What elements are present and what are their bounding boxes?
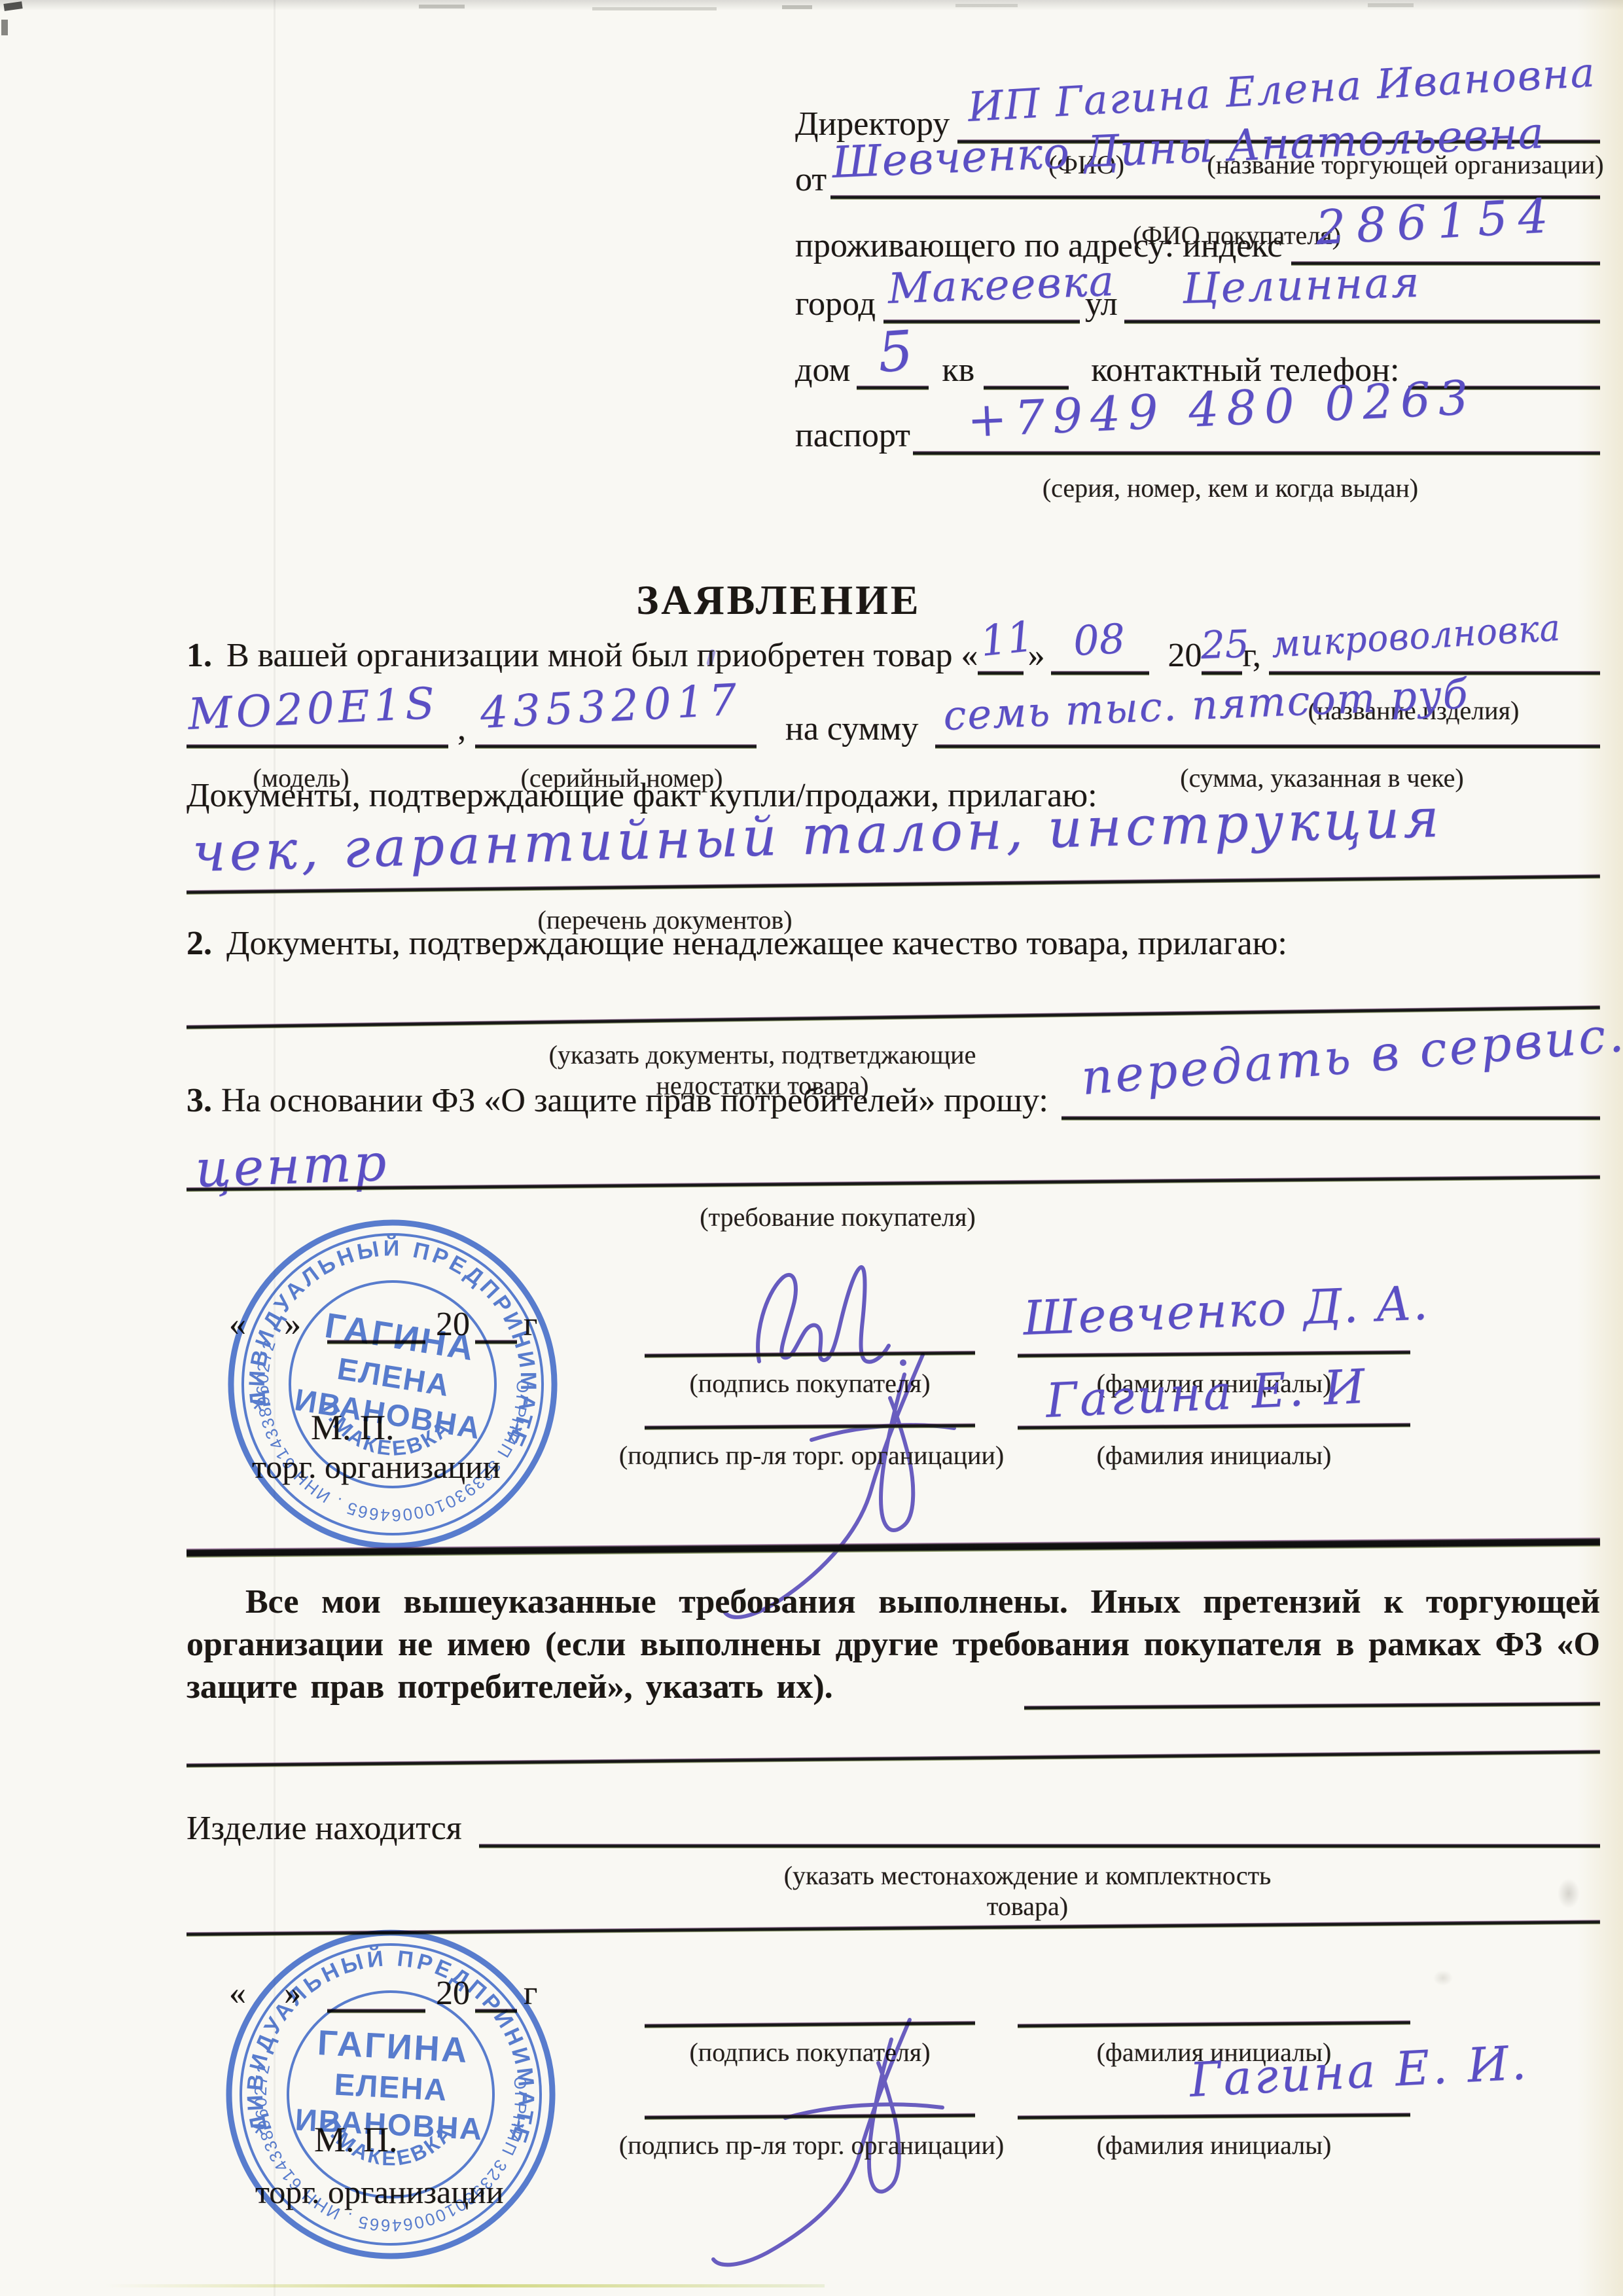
location-field <box>479 1812 1600 1839</box>
confirmation-blank-line <box>187 1749 1600 1768</box>
model-handwriting: MO20E1S <box>187 678 440 740</box>
section1-intro: В вашей организации мной был приобретен … <box>226 636 978 675</box>
scan-top-dash1 <box>419 5 465 9</box>
month-handwriting: 08 <box>1073 615 1127 665</box>
serial-handwriting: 43532017 <box>479 674 743 738</box>
scan-corner-mark <box>3 1 22 11</box>
city-field: Макеевка <box>883 287 1080 315</box>
month-field: 08 <box>1051 639 1149 666</box>
section3-number: 3. <box>187 1081 212 1120</box>
from-label: от <box>795 160 827 199</box>
location-row: Изделие находится <box>187 1809 1600 1848</box>
address-row: проживающего по адресу: индекс 286154 <box>795 226 1600 265</box>
city-value-handwriting: Макеевка <box>887 257 1116 314</box>
scan-top-dash5 <box>1368 3 1414 7</box>
buyer-name-line-1 <box>1018 1350 1410 1358</box>
house-label: дом <box>795 351 850 389</box>
request-line <box>187 1175 1600 1192</box>
scan-right-edge-tint <box>1577 0 1623 2296</box>
request-line1-handwriting: передать в сервис. <box>1079 1006 1623 1106</box>
model-field: MO20E1S <box>187 712 448 740</box>
seller-sign-sublabel-1: (подпись пр-ля торг. органицации) <box>609 1440 1014 1471</box>
scan-bottom-line <box>105 2284 825 2287</box>
apt-label: кв <box>942 351 974 389</box>
house-value-handwriting: 5 <box>876 319 916 385</box>
index-field: 286154 <box>1291 229 1600 257</box>
location-sublabel: (указать местонахождение и комплектность… <box>779 1860 1276 1922</box>
seller-name-sublabel-1: (фамилия инициалы) <box>1018 1440 1410 1471</box>
scan-smudge2 <box>1433 1970 1453 1986</box>
year-printed: 20 <box>1168 636 1202 675</box>
stamp-name1-2: ГАГИНА <box>317 2023 470 2070</box>
city-label: город <box>795 285 876 323</box>
seller-signature-stroke1 <box>725 1355 923 1617</box>
scan-top-dash4 <box>955 4 1018 7</box>
passport-sublabel: (серия, номер, кем и когда выдан) <box>1021 473 1440 503</box>
page-title: ЗАЯВЛЕНИЕ <box>0 576 1558 624</box>
seller-stamp-2: ИНДИВИДУАЛЬНЫЙ ПРЕДПРИНИМАТЕЛЬ ОГРНИП 32… <box>212 1916 570 2274</box>
city-street-row: город Макеевка ул Целинная <box>795 285 1600 323</box>
buyer-name-line-2 <box>1018 2020 1410 2028</box>
street-value-handwriting: Целинная <box>1182 259 1421 314</box>
sum-field: семь тыс. пятсот руб <box>935 712 1600 740</box>
section3-text: На основании ФЗ «О защите прав потребите… <box>221 1081 1048 1120</box>
day-handwriting: 11 <box>978 613 1037 666</box>
stamp-name2-2: ЕЛЕНА <box>334 2067 449 2108</box>
section2-text: Документы, подтверждающие ненадлежащее к… <box>226 924 1287 963</box>
buyer-name-handwriting-1: Шевченко Д. А. <box>1022 1275 1430 1346</box>
scan-corner-mark2 <box>1 20 8 35</box>
section3-row: 3. На основании ФЗ «О защите прав потреб… <box>187 1081 1600 1120</box>
model-serial-separator: , <box>457 709 466 748</box>
year-handwriting: 25 <box>1200 621 1250 668</box>
from-field: Шевченко Дины Анатольевна <box>830 163 1600 190</box>
section2-number: 2. <box>187 924 212 963</box>
apt-field <box>984 353 1069 381</box>
seller-name-sublabel-2: (фамилия инициалы) <box>1018 2130 1410 2161</box>
scan-top-shade <box>0 0 1623 10</box>
serial-field: 43532017 <box>475 712 757 740</box>
buyer-signature-stroke <box>758 1267 889 1362</box>
street-field: Целинная <box>1124 287 1600 315</box>
section3-sublabel: (требование покупателя) <box>609 1202 1067 1232</box>
section1-model-row: MO20E1S , 43532017 на сумму семь тыс. пя… <box>187 709 1600 748</box>
application-form-scan: Директору ИП Гагина Елена Ивановна (ФИО)… <box>0 0 1623 2296</box>
day-field: 11 <box>978 639 1024 666</box>
product-field: микроволновка <box>1269 639 1600 666</box>
stamp-name3-2: ИВАНОВНА <box>294 2102 484 2146</box>
scan-smudge1 <box>1558 1878 1580 1909</box>
request-field: передать в сервис. <box>1061 1084 1600 1111</box>
passport-field <box>913 419 1600 446</box>
seller-sign-sublabel-2: (подпись пр-ля торг. органицации) <box>609 2130 1014 2161</box>
section1-purchase-row: 1. В вашей организации мной был приобрет… <box>187 636 1600 675</box>
sum-handwriting: семь тыс. пятсот руб <box>942 670 1470 740</box>
house-field: 5 <box>857 353 929 381</box>
sum-label: на сумму <box>785 709 918 748</box>
section2-row: 2. Документы, подтверждающие ненадлежаще… <box>187 924 1600 963</box>
passport-row: паспорт <box>795 416 1600 455</box>
stamp-star-right-2: * <box>512 2114 526 2149</box>
section1-number: 1. <box>187 636 212 675</box>
seller-name-line-2 <box>1018 2113 1410 2120</box>
location-label: Изделие находится <box>187 1809 462 1848</box>
confirmation-paragraph: Все мои вышеуказанные требования выполне… <box>187 1581 1600 1708</box>
seller-stamp-1: ИНДИВИДУАЛЬНЫЙ ПРЕДПРИНИМАТЕЛЬ ОГРНИП 32… <box>198 1190 588 1579</box>
passport-label: паспорт <box>795 416 910 455</box>
scan-top-dash2 <box>592 7 717 10</box>
index-value-handwriting: 286154 <box>1315 188 1560 255</box>
stamp-star-left-2: * <box>252 2116 266 2151</box>
scan-top-dash3 <box>782 5 812 9</box>
year-field: 25 <box>1202 639 1242 666</box>
